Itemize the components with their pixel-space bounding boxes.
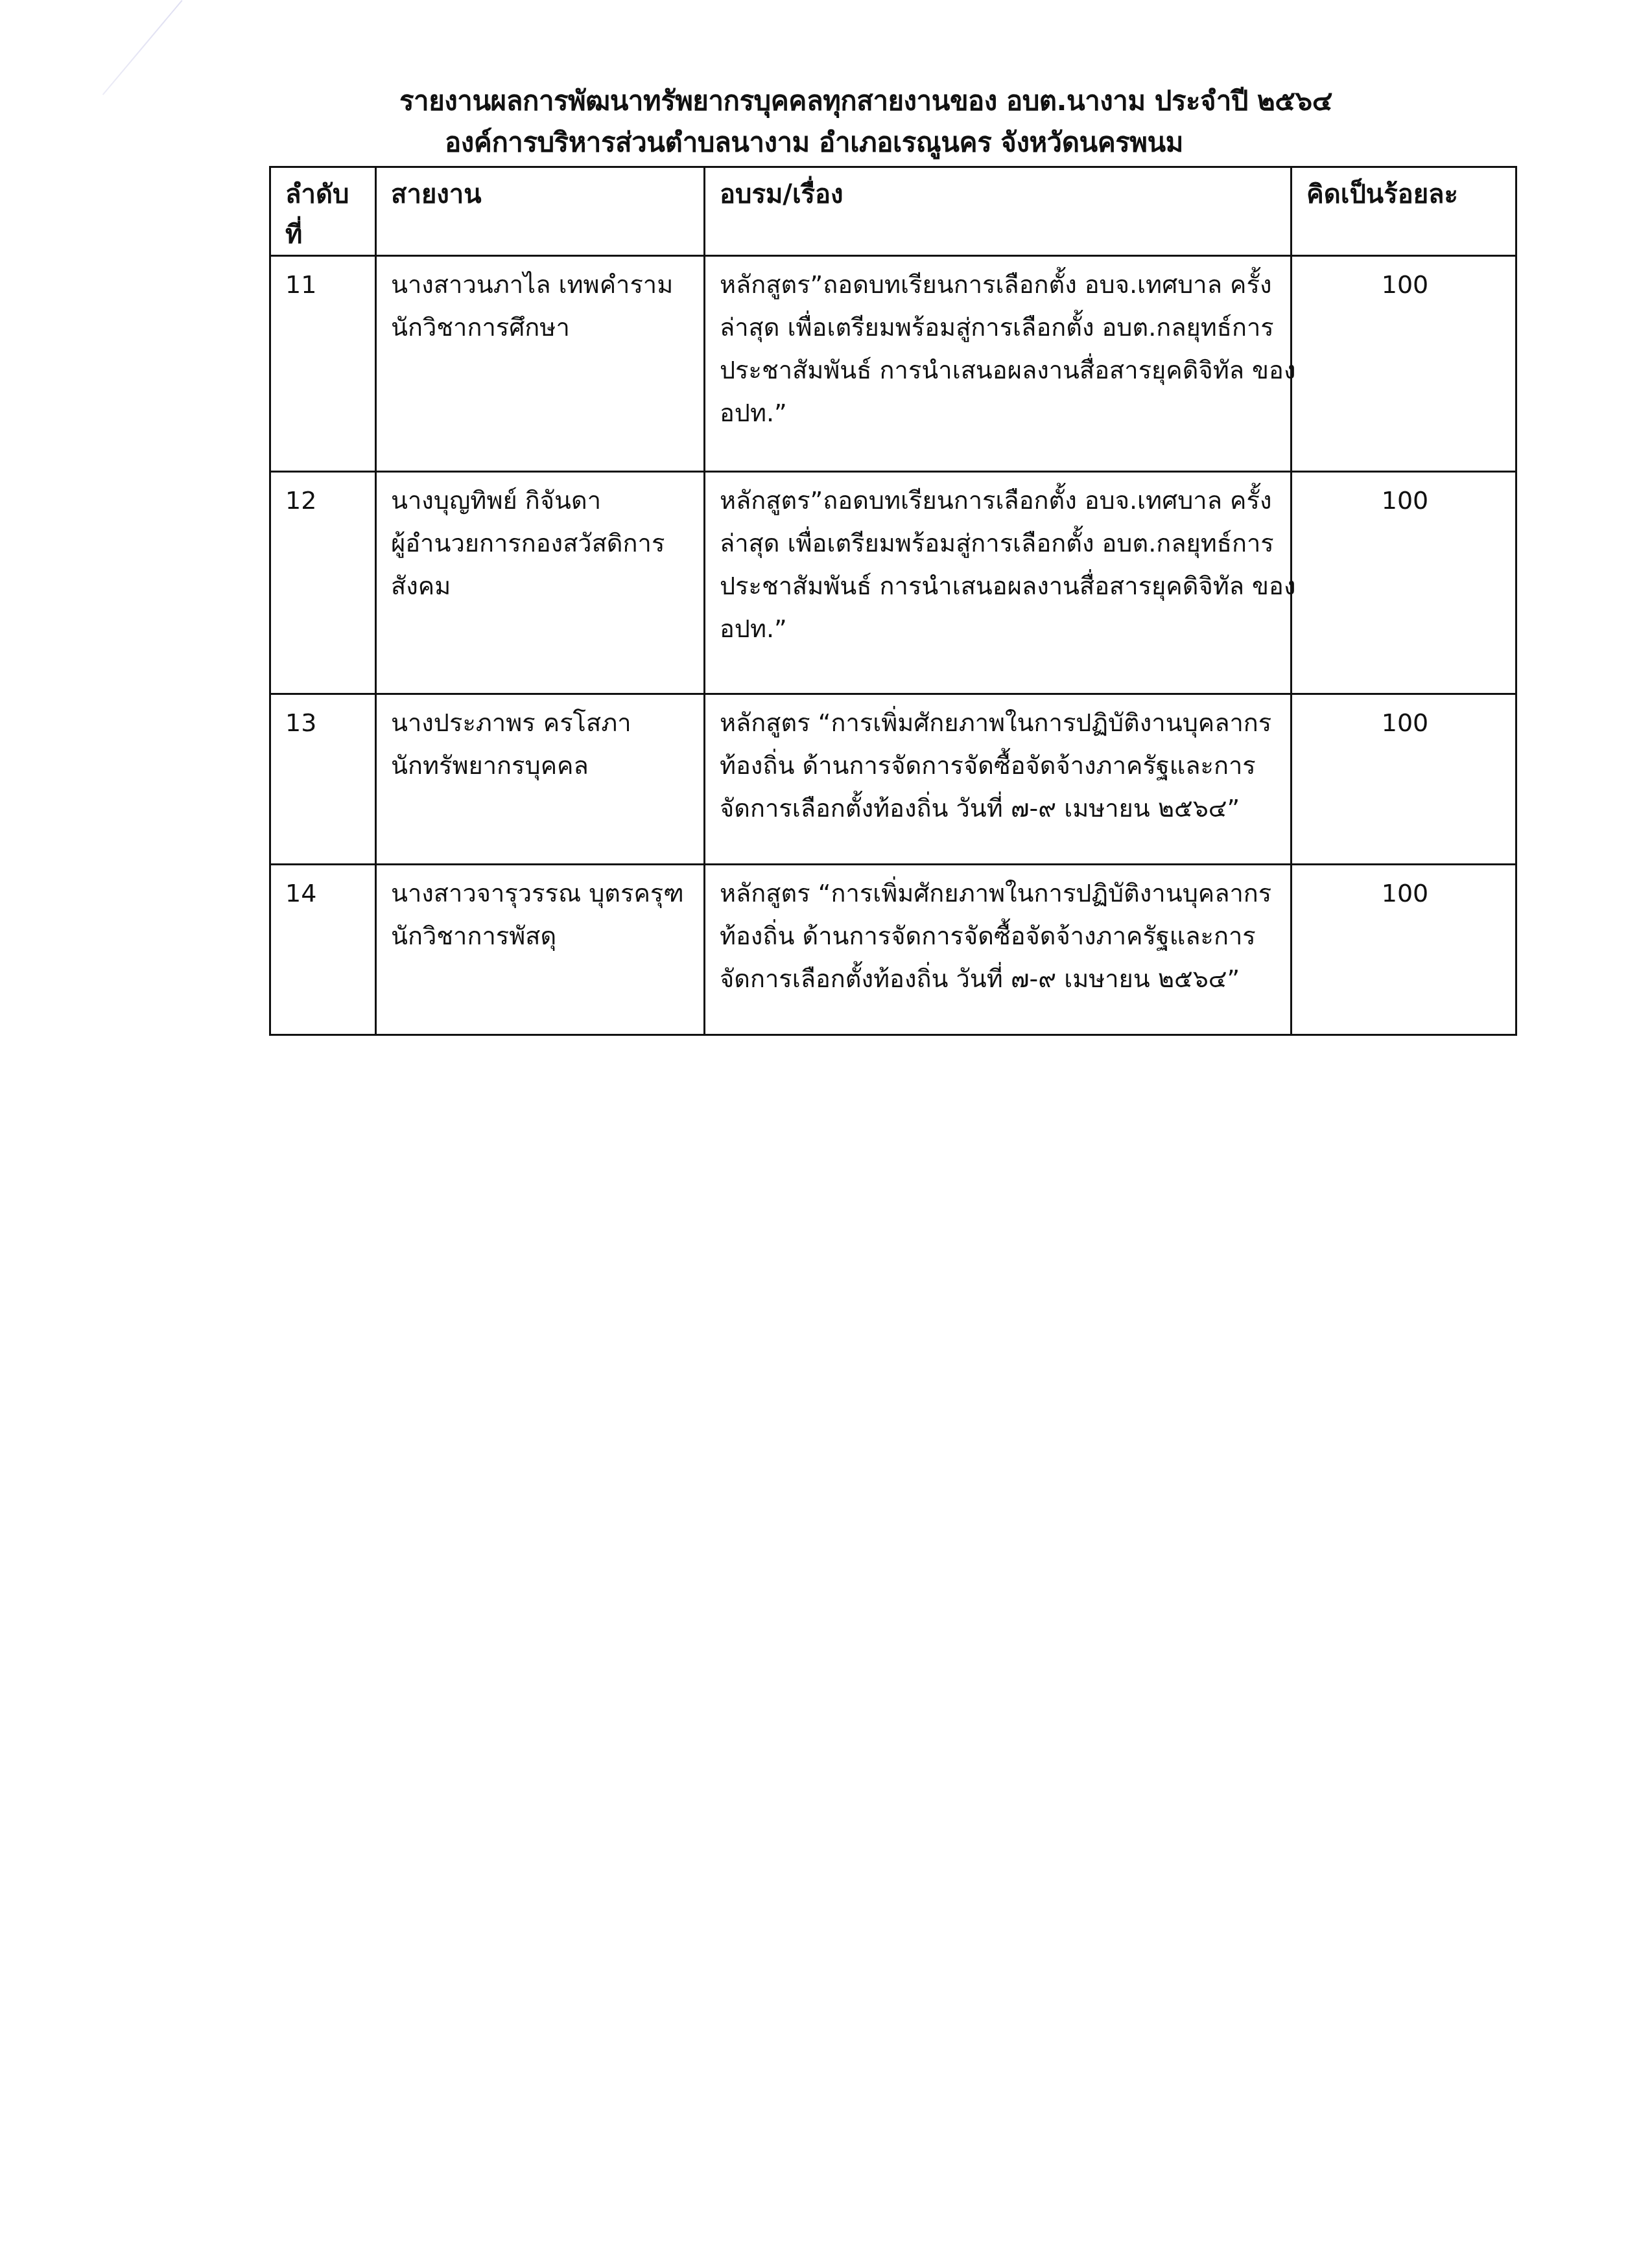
cell-person: นางประภาพร ครโสภา นักทรัพยากรบุคคล: [376, 694, 705, 865]
person-name: นางสาวจารุวรรณ บุตรครุฑ: [391, 872, 692, 915]
table-row: 11 นางสาวนภาไล เทพคำราม นักวิชาการศึกษา …: [270, 256, 1516, 472]
scan-artifact-line: [102, 0, 183, 95]
cell-percent: 100: [1292, 865, 1516, 1035]
course-line: ล่าสุด เพื่อเตรียมพร้อมสู่การเลือกตั้ง อ…: [720, 306, 1279, 349]
table-row: 14 นางสาวจารุวรรณ บุตรครุฑ นักวิชาการพัส…: [270, 865, 1516, 1035]
cell-course: หลักสูตร “การเพิ่มศักยภาพในการปฏิบัติงาน…: [705, 865, 1292, 1035]
person-position: นักวิชาการพัสดุ: [391, 915, 692, 957]
cell-course: หลักสูตร “การเพิ่มศักยภาพในการปฏิบัติงาน…: [705, 694, 1292, 865]
cell-course: หลักสูตร”ถอดบทเรียนการเลือกตั้ง อบจ.เทศบ…: [705, 472, 1292, 694]
course-line: จัดการเลือกตั้งท้องถิ่น วันที่ ๗-๙ เมษาย…: [720, 957, 1279, 1000]
header-course: อบรม/เรื่อง: [705, 167, 1292, 256]
report-title: รายงานผลการพัฒนาทรัพยากรบุคคลทุกสายงานขอ…: [52, 83, 1628, 119]
cell-sequence-no: 11: [270, 256, 376, 472]
cell-sequence-no: 13: [270, 694, 376, 865]
header-sequence-no: ลำดับ ที่: [270, 167, 376, 256]
course-line: ล่าสุด เพื่อเตรียมพร้อมสู่การเลือกตั้ง อ…: [720, 522, 1279, 565]
person-position-cont: สังคม: [391, 565, 692, 607]
cell-sequence-no: 12: [270, 472, 376, 694]
person-position: นักทรัพยากรบุคคล: [391, 744, 692, 787]
course-line: อปท.”: [720, 607, 1279, 650]
course-line: หลักสูตร “การเพิ่มศักยภาพในการปฏิบัติงาน…: [720, 872, 1279, 915]
person-name: นางบุญทิพย์ กิจันดา: [391, 479, 692, 522]
cell-percent: 100: [1292, 472, 1516, 694]
header-sequence-no-line2: ที่: [285, 215, 363, 255]
course-line: ประชาสัมพันธ์ การนำเสนอผลงานสื่อสารยุคดิ…: [720, 565, 1279, 607]
training-report-table: ลำดับ ที่ สายงาน อบรม/เรื่อง คิดเป็นร้อย…: [269, 166, 1517, 1036]
cell-course: หลักสูตร”ถอดบทเรียนการเลือกตั้ง อบจ.เทศบ…: [705, 256, 1292, 472]
table-row: 13 นางประภาพร ครโสภา นักทรัพยากรบุคคล หล…: [270, 694, 1516, 865]
cell-person: นางสาวจารุวรรณ บุตรครุฑ นักวิชาการพัสดุ: [376, 865, 705, 1035]
course-line: จัดการเลือกตั้งท้องถิ่น วันที่ ๗-๙ เมษาย…: [720, 787, 1279, 830]
course-line: ประชาสัมพันธ์ การนำเสนอผลงานสื่อสารยุคดิ…: [720, 349, 1279, 392]
course-line: หลักสูตร”ถอดบทเรียนการเลือกตั้ง อบจ.เทศบ…: [720, 263, 1279, 306]
header-position-line: สายงาน: [376, 167, 705, 256]
table-row: 12 นางบุญทิพย์ กิจันดา ผู้อำนวยการกองสวั…: [270, 472, 1516, 694]
course-line: ท้องถิ่น ด้านการจัดการจัดซื้อจัดจ้างภาคร…: [720, 744, 1279, 787]
course-line: อปท.”: [720, 392, 1279, 434]
person-position: นักวิชาการศึกษา: [391, 306, 692, 349]
course-line: หลักสูตร “การเพิ่มศักยภาพในการปฏิบัติงาน…: [720, 701, 1279, 744]
course-line: ท้องถิ่น ด้านการจัดการจัดซื้อจัดจ้างภาคร…: [720, 915, 1279, 957]
cell-person: นางบุญทิพย์ กิจันดา ผู้อำนวยการกองสวัสดิ…: [376, 472, 705, 694]
cell-percent: 100: [1292, 256, 1516, 472]
cell-percent: 100: [1292, 694, 1516, 865]
course-line: หลักสูตร”ถอดบทเรียนการเลือกตั้ง อบจ.เทศบ…: [720, 479, 1279, 522]
table-header-row: ลำดับ ที่ สายงาน อบรม/เรื่อง คิดเป็นร้อย…: [270, 167, 1516, 256]
person-position: ผู้อำนวยการกองสวัสดิการ: [391, 522, 692, 565]
header-percent: คิดเป็นร้อยละ: [1292, 167, 1516, 256]
cell-sequence-no: 14: [270, 865, 376, 1035]
cell-person: นางสาวนภาไล เทพคำราม นักวิชาการศึกษา: [376, 256, 705, 472]
header-sequence-no-line1: ลำดับ: [285, 174, 363, 215]
organization-subtitle: องค์การบริหารส่วนตำบลนางาม อำเภอเรณูนคร …: [0, 124, 1628, 161]
person-name: นางสาวนภาไล เทพคำราม: [391, 263, 692, 306]
person-name: นางประภาพร ครโสภา: [391, 701, 692, 744]
